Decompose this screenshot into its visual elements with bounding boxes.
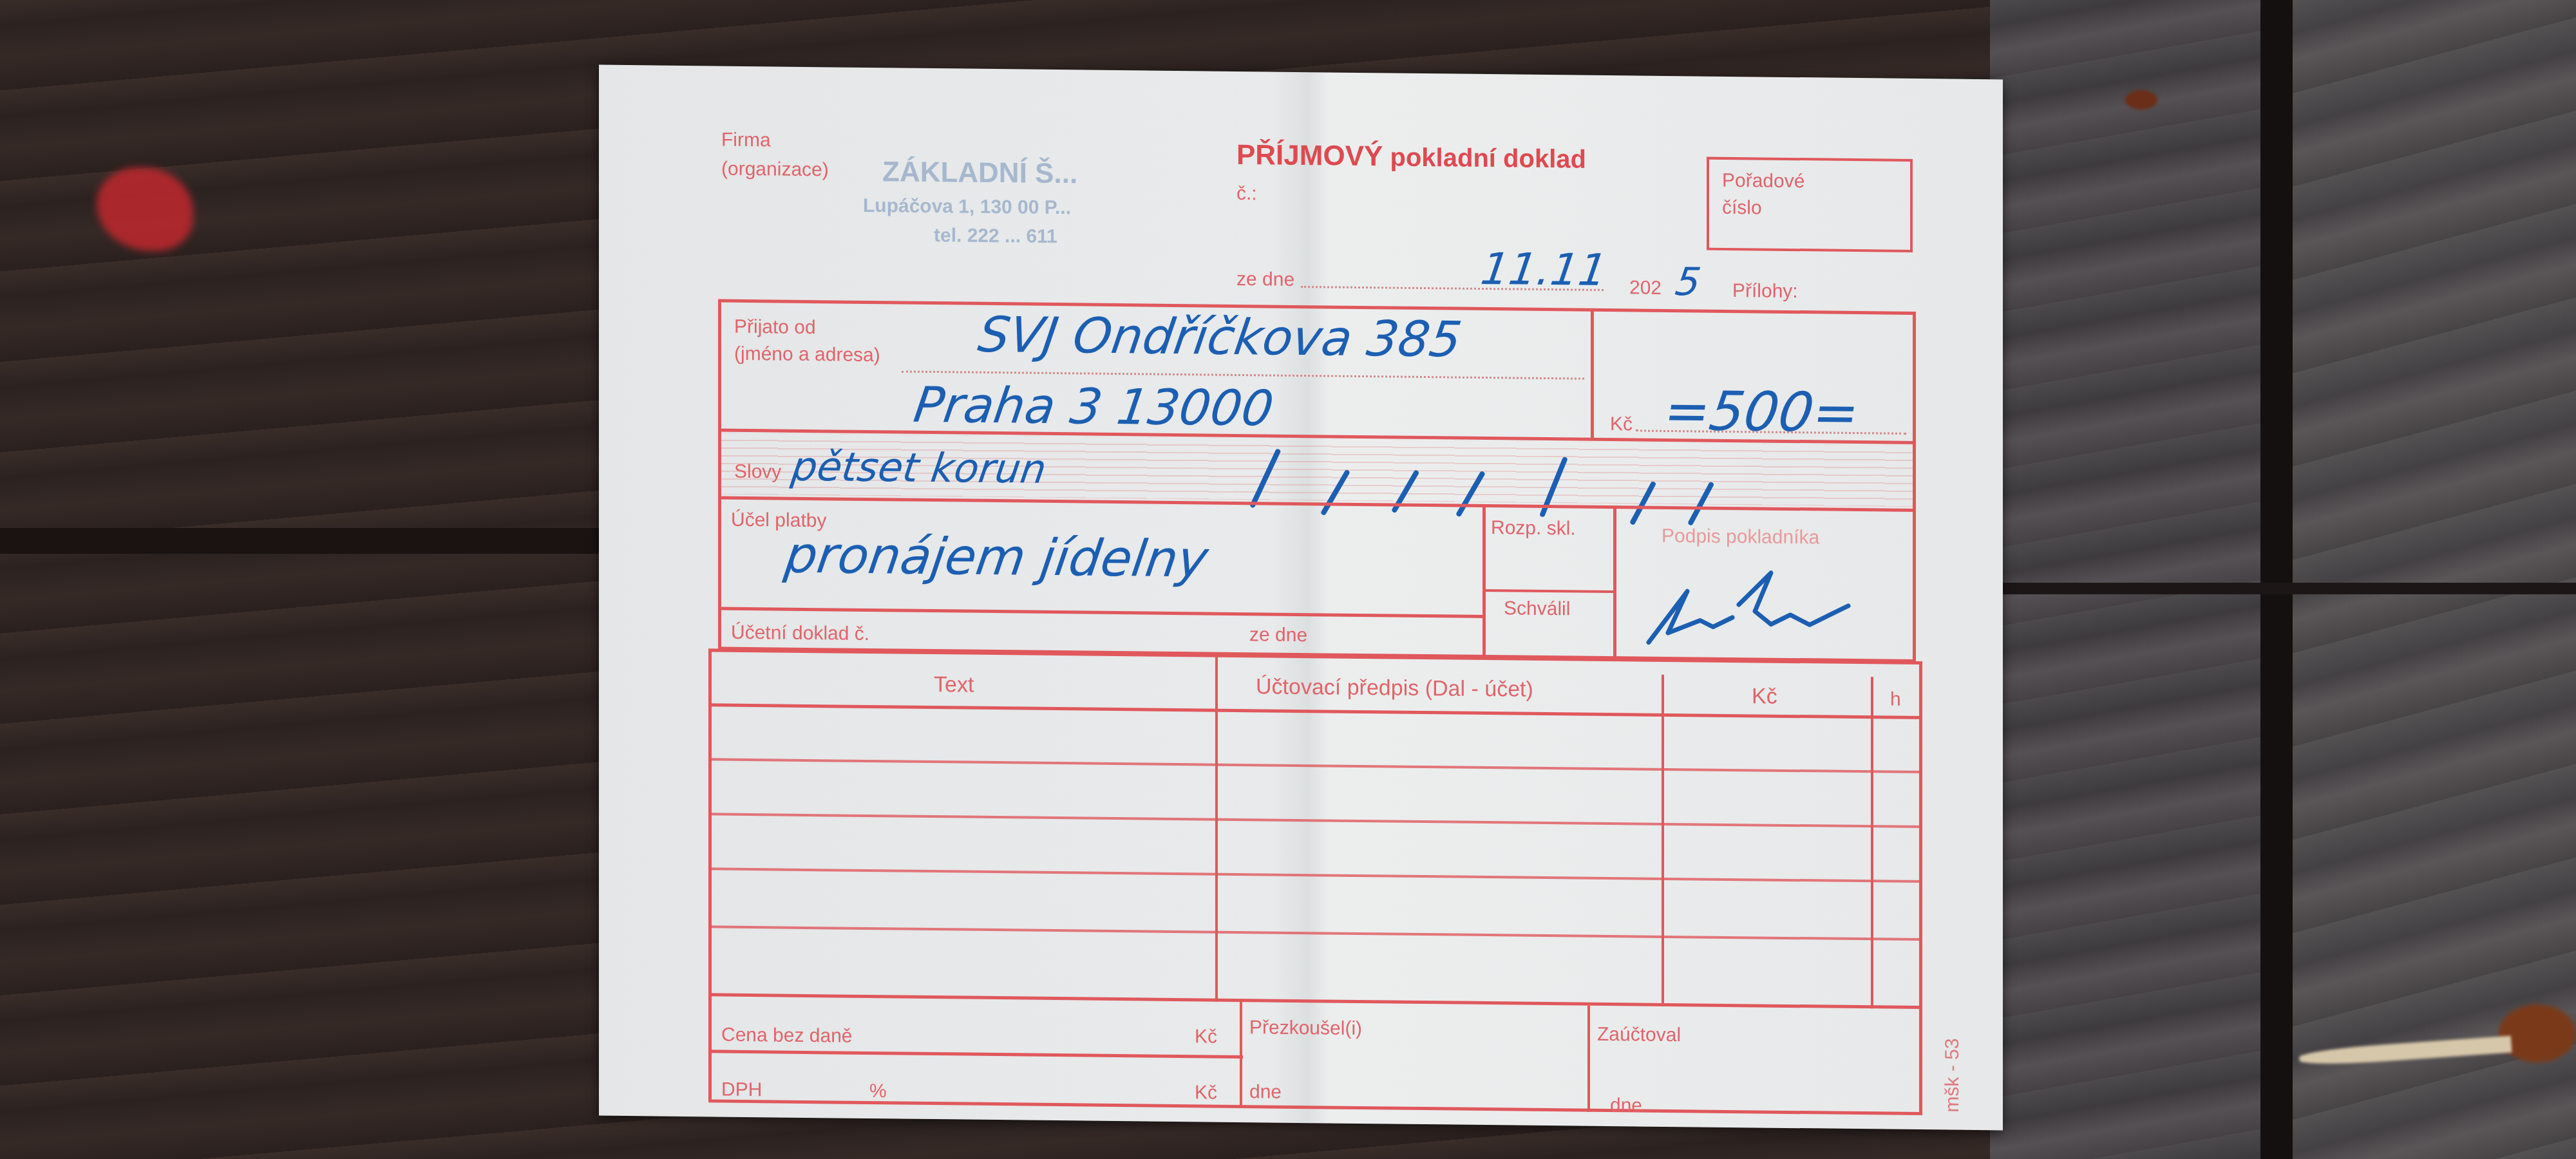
table-header-h: h — [1890, 690, 1901, 710]
company-stamp-address: Lupáčova 1, 130 00 P... — [863, 196, 1071, 218]
words-label: Slovy — [734, 462, 781, 482]
received-from-label: Přijato od — [734, 317, 816, 337]
sequence-label-sub: číslo — [1722, 198, 1762, 218]
title-rest: pokladní doklad — [1383, 143, 1586, 173]
accounting-doc-label: Účetní doklad č. — [731, 623, 869, 644]
vat-percent: % — [869, 1082, 887, 1101]
words-value[interactable]: pětset korun — [790, 447, 1049, 489]
year-prefix: 202 — [1629, 278, 1662, 298]
date-label: ze dne — [1236, 270, 1294, 290]
table-header-czk: Kč — [1752, 685, 1777, 707]
column-divider — [1215, 654, 1218, 1002]
table-header-posting: Účtovací předpis (Dal - účet) — [1256, 675, 1533, 701]
received-from-name[interactable]: SVJ Ondříčkova 385 — [976, 310, 1464, 364]
column-divider — [1662, 675, 1664, 1006]
received-from-label-sub: (jméno a adresa) — [734, 344, 880, 365]
wood-plank — [1990, 0, 2273, 1159]
date-value[interactable]: 11.11 — [1478, 248, 1609, 293]
rozp-skl-label: Rozp. skl. — [1491, 518, 1576, 538]
column-divider — [1871, 677, 1873, 1008]
cashier-signature-label: Podpis pokladníka — [1662, 527, 1819, 548]
plank-gap — [1990, 583, 2576, 594]
cashier-signature[interactable] — [1642, 565, 1861, 658]
document-title: PŘÍJMOVÝ pokladní doklad — [1236, 141, 1586, 173]
amount-value[interactable]: =500= — [1661, 384, 1862, 440]
wood-plank — [2293, 0, 2576, 1159]
purpose-value[interactable]: pronájem jídelny — [782, 531, 1211, 585]
booked-date-label: dne — [1610, 1096, 1642, 1116]
price-currency: Kč — [1195, 1027, 1217, 1046]
year-suffix[interactable]: 5 — [1673, 263, 1703, 301]
table-header-text: Text — [934, 674, 974, 696]
divider — [1482, 505, 1486, 658]
accounting-table — [708, 648, 1922, 1115]
amount-currency-label: Kč — [1610, 415, 1633, 434]
received-from-address[interactable]: Praha 3 13000 — [911, 381, 1277, 433]
receipt-paper: Firma (organizace) ZÁKLADNÍ Š... Lupáčov… — [599, 65, 2003, 1131]
booked-label: Zaúčtoval — [1597, 1025, 1681, 1045]
form-code: mšk - 53 — [1942, 1038, 1964, 1112]
price-without-tax-label: Cena bez daně — [721, 1026, 853, 1046]
sequence-number-box[interactable]: Pořadové číslo — [1707, 157, 1913, 252]
wood-knot — [2499, 1004, 2576, 1062]
vat-label: DPH — [721, 1080, 762, 1100]
sequence-label: Pořadové — [1722, 171, 1804, 191]
company-label: Firma — [721, 131, 771, 151]
divider — [1613, 507, 1616, 659]
checked-label: Přezkoušel(i) — [1249, 1018, 1362, 1039]
document-number-label: č.: — [1236, 184, 1257, 203]
divider — [1591, 310, 1594, 439]
title-bold: PŘÍJMOVÝ — [1236, 139, 1383, 172]
plank-gap — [2260, 0, 2293, 1159]
checked-date-label: dne — [1249, 1082, 1282, 1102]
company-label-sub: (organizace) — [721, 160, 829, 180]
vat-currency: Kč — [1195, 1083, 1217, 1102]
wood-knot — [2125, 90, 2157, 109]
footer-divider — [1587, 1006, 1590, 1112]
company-stamp-name: ZÁKLADNÍ Š... — [882, 158, 1077, 188]
approved-label: Schválil — [1504, 599, 1570, 619]
accounting-date-label: ze dne — [1249, 625, 1307, 645]
company-stamp-phone: tel. 222 ... 611 — [934, 226, 1057, 247]
attachments-label: Přílohy: — [1732, 281, 1798, 301]
